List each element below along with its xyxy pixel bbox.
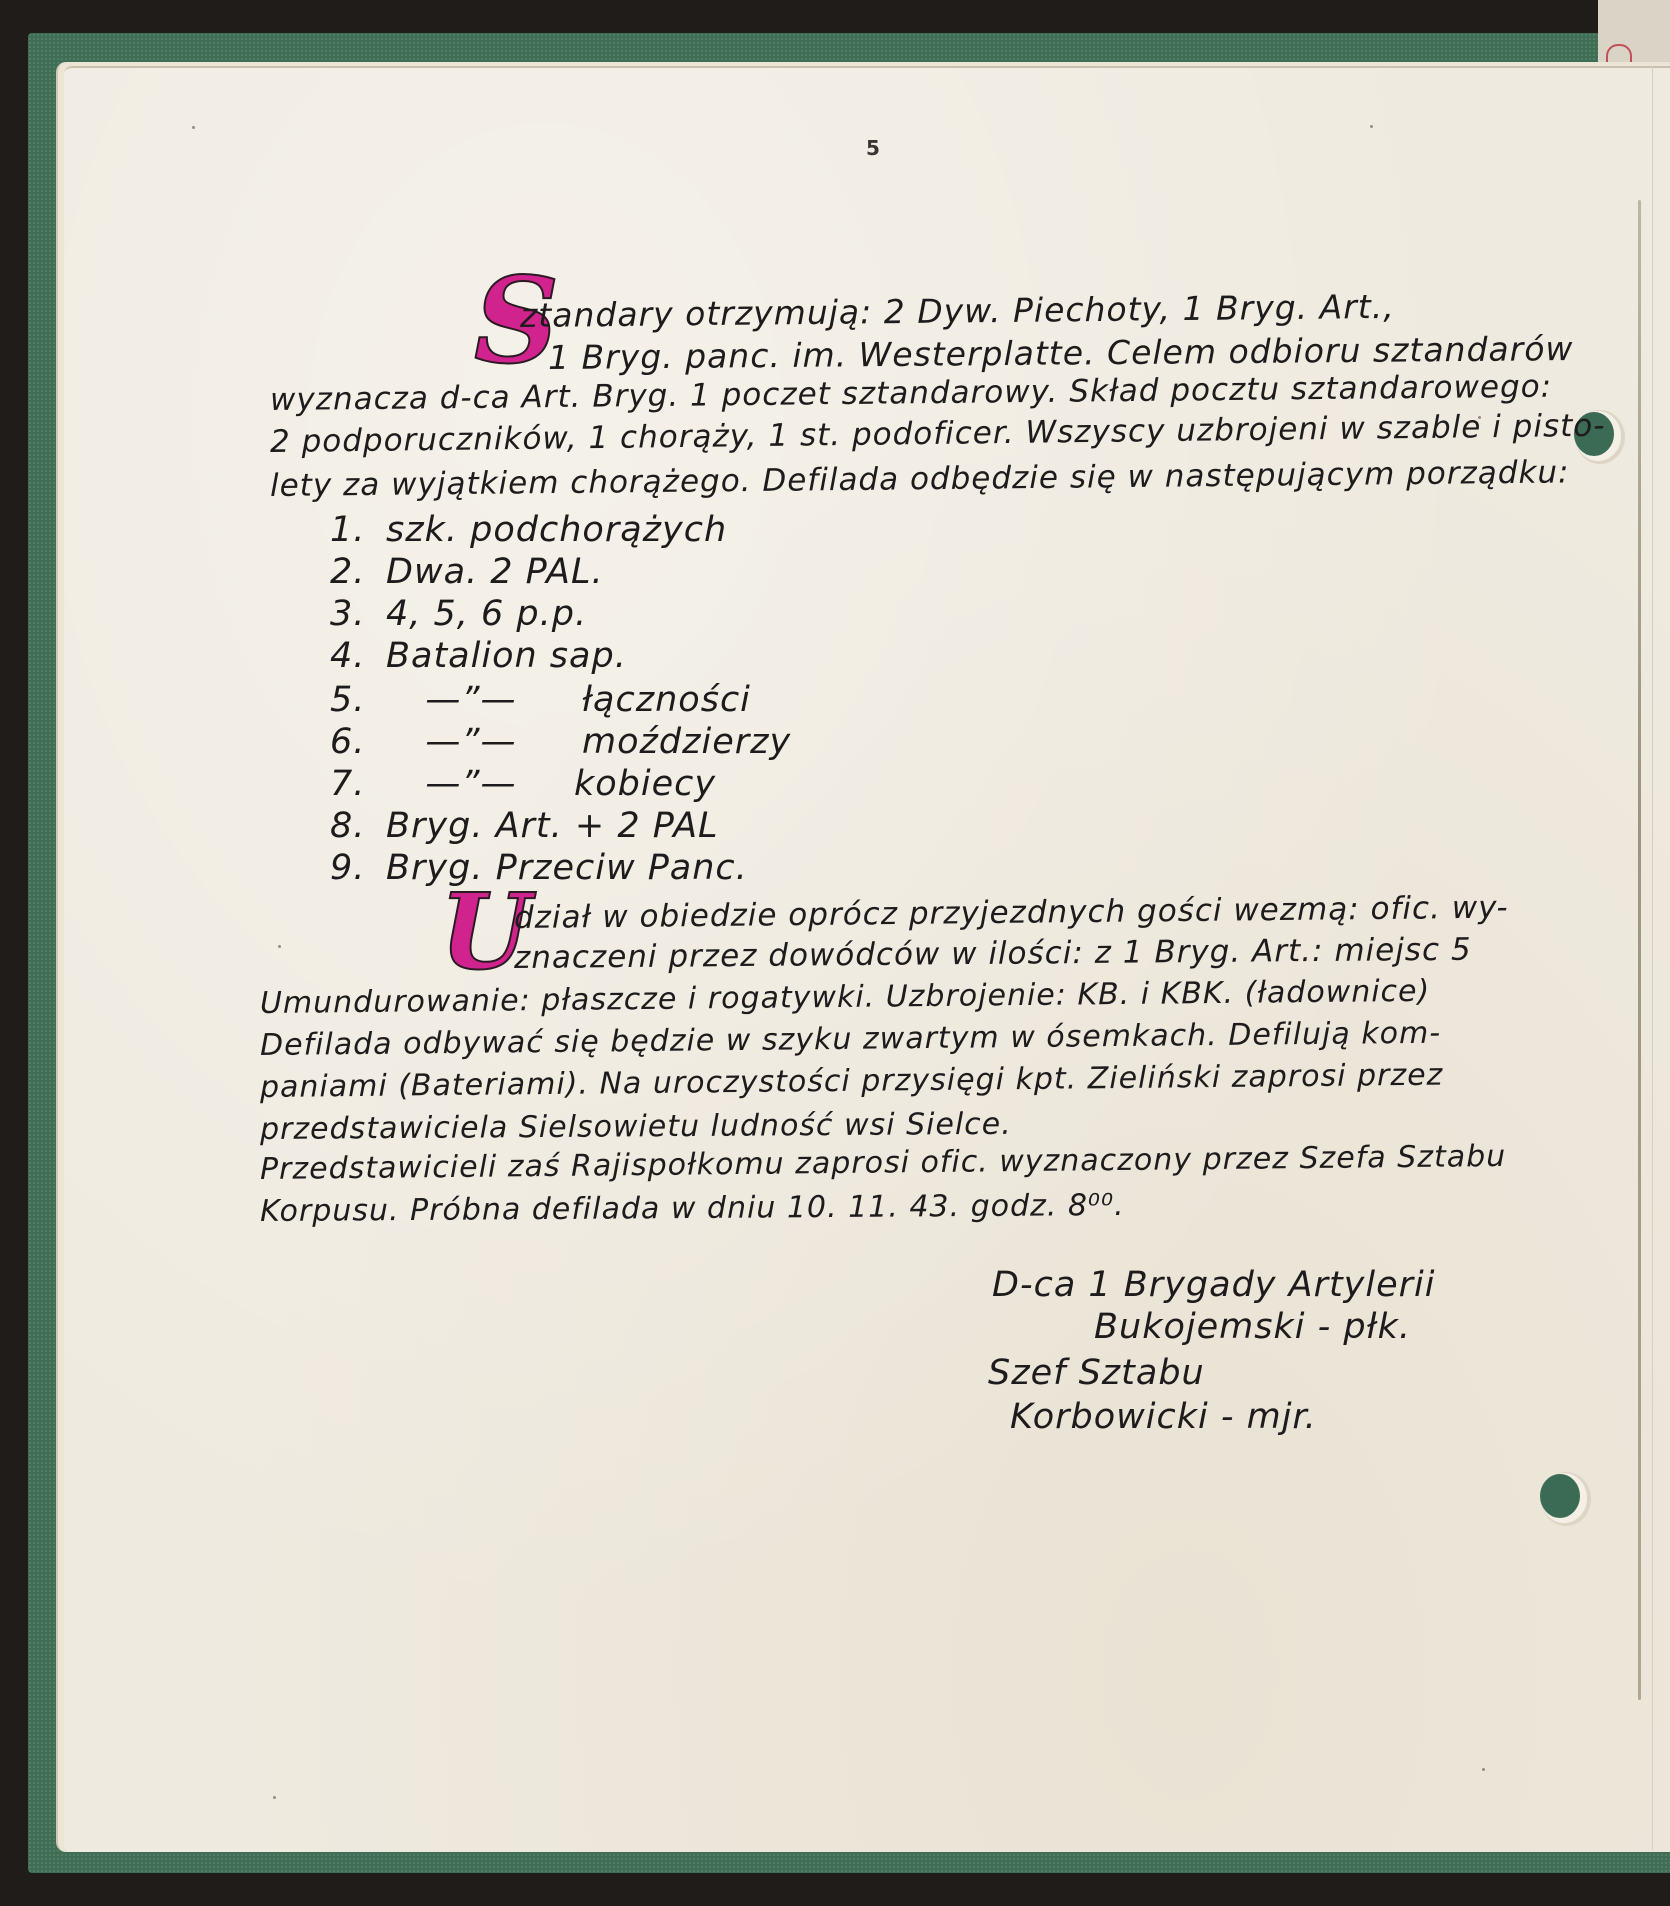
ditto-mark: —”—: [386, 764, 556, 804]
list-number: 4.: [330, 636, 386, 676]
list-text: szk. podchorążych: [386, 510, 727, 550]
list-number: 2.: [330, 552, 386, 592]
list-item: 1.szk. podchorążych: [330, 510, 727, 550]
list-item: 9.Bryg. Przeciw Panc.: [330, 848, 748, 888]
page-number: 5: [866, 136, 880, 160]
signatory-title: Szef Sztabu: [988, 1352, 1205, 1394]
ditto-mark: —”—: [386, 722, 556, 762]
list-item: 7.—”—kobiecy: [330, 764, 716, 804]
list-number: 9.: [330, 848, 386, 888]
list-item: 8.Bryg. Art. + 2 PAL: [330, 806, 719, 846]
signatory-name: Bukojemski - płk.: [1094, 1306, 1411, 1348]
list-number: 1.: [330, 510, 386, 550]
list-number: 7.: [330, 764, 386, 804]
signatory-name: Korbowicki - mjr.: [1010, 1396, 1317, 1438]
list-number: 5.: [330, 680, 386, 720]
punch-hole-bottom: [1540, 1474, 1580, 1518]
list-text: łączności: [582, 680, 751, 720]
list-text: moździerzy: [582, 722, 791, 762]
signatory-title: D-ca 1 Brygady Artylerii: [992, 1264, 1436, 1306]
list-item: 6.—”—moździerzy: [330, 722, 791, 762]
paper-speck: [1482, 1768, 1485, 1771]
paper-speck: [278, 945, 281, 948]
list-item: 2.Dwa. 2 PAL.: [330, 552, 604, 592]
list-text: Batalion sap.: [386, 636, 627, 676]
list-text: Bryg. Art. + 2 PAL: [386, 806, 719, 846]
list-item: 5.—”—łączności: [330, 680, 751, 720]
list-item: 4.Batalion sap.: [330, 636, 627, 676]
text-line: Korpusu. Próbna defilada w dniu 10. 11. …: [260, 1186, 1125, 1232]
page-edge-line: [1652, 66, 1653, 1850]
paper-speck: [273, 1796, 276, 1799]
ditto-mark: —”—: [386, 680, 556, 720]
list-text: Dwa. 2 PAL.: [386, 552, 604, 592]
paper-speck: [1370, 125, 1373, 128]
page-crease: [1638, 200, 1641, 1700]
list-text: kobiecy: [574, 764, 716, 804]
list-number: 6.: [330, 722, 386, 762]
text-line: znaczeni przez dowódców w ilości: z 1 Br…: [514, 930, 1472, 978]
list-number: 3.: [330, 594, 386, 634]
list-number: 8.: [330, 806, 386, 846]
list-text: 4, 5, 6 p.p.: [386, 594, 587, 634]
binder-spine-clip: [1598, 0, 1670, 68]
list-item: 3.4, 5, 6 p.p.: [330, 594, 587, 634]
paper-speck: [192, 126, 195, 129]
